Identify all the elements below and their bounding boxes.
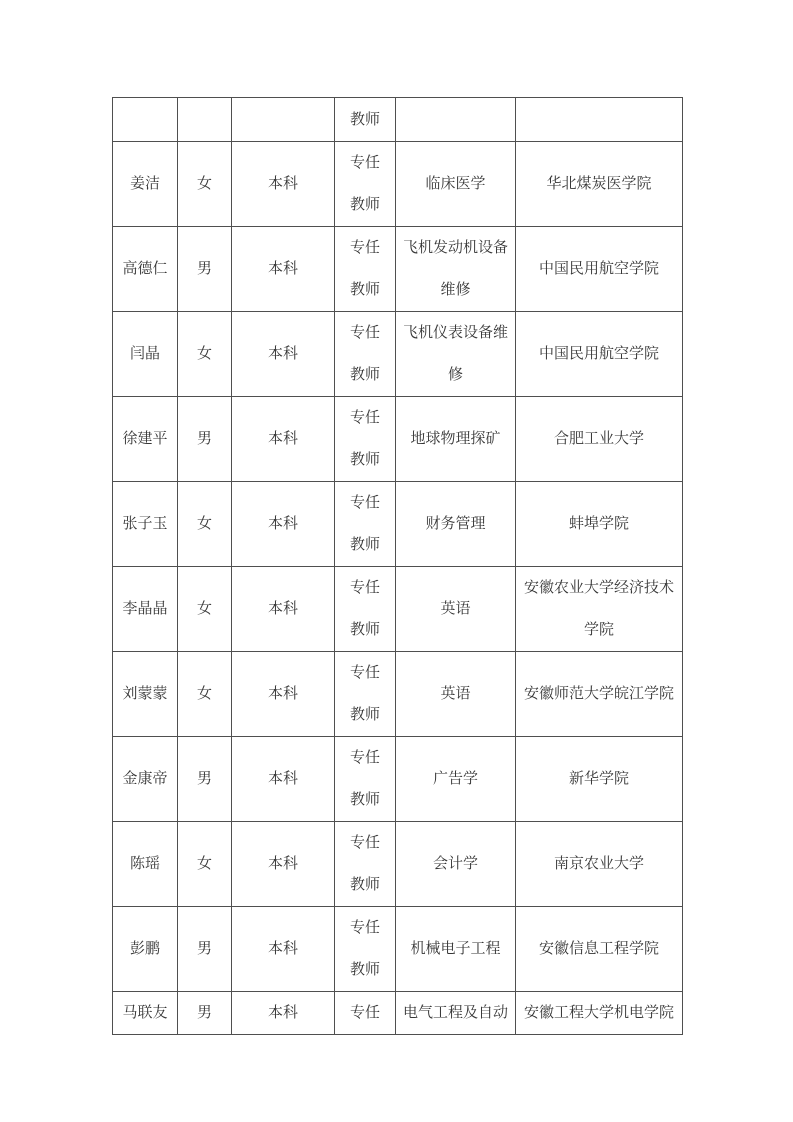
cell-education: 本科 — [232, 142, 335, 227]
cell-position: 专任 教师 — [335, 907, 396, 992]
cell-name: 姜洁 — [113, 142, 178, 227]
cell-education: 本科 — [232, 312, 335, 397]
cell-position: 专任 教师 — [335, 397, 396, 482]
cell-gender: 男 — [178, 737, 232, 822]
teacher-list-table: 教师 姜洁 女 本科 专任 教师 临床医学 华北煤炭医学院 高德仁 男 本科 专… — [112, 97, 683, 1035]
cell-gender: 女 — [178, 652, 232, 737]
table-row: 教师 — [113, 98, 683, 142]
cell-name: 陈瑶 — [113, 822, 178, 907]
document-page: 教师 姜洁 女 本科 专任 教师 临床医学 华北煤炭医学院 高德仁 男 本科 专… — [0, 0, 793, 1122]
table-row: 姜洁 女 本科 专任 教师 临床医学 华北煤炭医学院 — [113, 142, 683, 227]
cell-name: 李晶晶 — [113, 567, 178, 652]
cell-gender: 女 — [178, 142, 232, 227]
cell-name: 彭鹏 — [113, 907, 178, 992]
cell-gender: 男 — [178, 992, 232, 1035]
cell-education: 本科 — [232, 822, 335, 907]
cell-education: 本科 — [232, 567, 335, 652]
cell-position: 专任 教师 — [335, 737, 396, 822]
table-row: 彭鹏 男 本科 专任 教师 机械电子工程 安徽信息工程学院 — [113, 907, 683, 992]
cell-school: 安徽农业大学经济技术 学院 — [516, 567, 683, 652]
cell-position: 专任 教师 — [335, 482, 396, 567]
cell-education: 本科 — [232, 737, 335, 822]
cell-gender: 男 — [178, 907, 232, 992]
cell-major: 地球物理探矿 — [396, 397, 516, 482]
cell-major: 临床医学 — [396, 142, 516, 227]
cell-gender: 男 — [178, 397, 232, 482]
table-row: 高德仁 男 本科 专任 教师 飞机发动机设备 维修 中国民用航空学院 — [113, 227, 683, 312]
cell-gender: 女 — [178, 822, 232, 907]
table-row: 张子玉 女 本科 专任 教师 财务管理 蚌埠学院 — [113, 482, 683, 567]
cell-major: 飞机发动机设备 维修 — [396, 227, 516, 312]
table-row: 闫晶 女 本科 专任 教师 飞机仪表设备维 修 中国民用航空学院 — [113, 312, 683, 397]
cell-school: 安徽工程大学机电学院 — [516, 992, 683, 1035]
cell-gender: 女 — [178, 312, 232, 397]
table-row: 刘蒙蒙 女 本科 专任 教师 英语 安徽师范大学皖江学院 — [113, 652, 683, 737]
cell-school: 南京农业大学 — [516, 822, 683, 907]
table-row: 陈瑶 女 本科 专任 教师 会计学 南京农业大学 — [113, 822, 683, 907]
cell-school: 安徽信息工程学院 — [516, 907, 683, 992]
table-row: 徐建平 男 本科 专任 教师 地球物理探矿 合肥工业大学 — [113, 397, 683, 482]
cell-gender: 男 — [178, 227, 232, 312]
cell-name: 马联友 — [113, 992, 178, 1035]
cell-position: 教师 — [335, 98, 396, 142]
cell-major: 会计学 — [396, 822, 516, 907]
cell-position: 专任 — [335, 992, 396, 1035]
cell-position: 专任 教师 — [335, 227, 396, 312]
cell-education: 本科 — [232, 992, 335, 1035]
cell-name: 刘蒙蒙 — [113, 652, 178, 737]
cell-gender: 女 — [178, 567, 232, 652]
cell-school: 中国民用航空学院 — [516, 227, 683, 312]
cell-education: 本科 — [232, 652, 335, 737]
cell-position: 专任 教师 — [335, 312, 396, 397]
cell-name: 徐建平 — [113, 397, 178, 482]
cell-major: 飞机仪表设备维 修 — [396, 312, 516, 397]
cell-name: 金康帝 — [113, 737, 178, 822]
cell-major: 英语 — [396, 652, 516, 737]
cell-major: 财务管理 — [396, 482, 516, 567]
table-row: 李晶晶 女 本科 专任 教师 英语 安徽农业大学经济技术 学院 — [113, 567, 683, 652]
table-row: 马联友 男 本科 专任 电气工程及自动 安徽工程大学机电学院 — [113, 992, 683, 1035]
cell-school: 安徽师范大学皖江学院 — [516, 652, 683, 737]
cell-education: 本科 — [232, 227, 335, 312]
cell-major: 机械电子工程 — [396, 907, 516, 992]
cell-position: 专任 教师 — [335, 567, 396, 652]
cell-school: 合肥工业大学 — [516, 397, 683, 482]
cell-gender: 女 — [178, 482, 232, 567]
cell-education: 本科 — [232, 482, 335, 567]
cell-name: 张子玉 — [113, 482, 178, 567]
cell-major — [396, 98, 516, 142]
cell-school — [516, 98, 683, 142]
cell-gender — [178, 98, 232, 142]
cell-school: 华北煤炭医学院 — [516, 142, 683, 227]
cell-education: 本科 — [232, 397, 335, 482]
cell-school: 新华学院 — [516, 737, 683, 822]
table-row: 金康帝 男 本科 专任 教师 广告学 新华学院 — [113, 737, 683, 822]
cell-school: 蚌埠学院 — [516, 482, 683, 567]
cell-major: 英语 — [396, 567, 516, 652]
cell-school: 中国民用航空学院 — [516, 312, 683, 397]
cell-education: 本科 — [232, 907, 335, 992]
cell-position: 专任 教师 — [335, 142, 396, 227]
cell-name: 闫晶 — [113, 312, 178, 397]
cell-education — [232, 98, 335, 142]
cell-name: 高德仁 — [113, 227, 178, 312]
cell-position: 专任 教师 — [335, 822, 396, 907]
cell-position: 专任 教师 — [335, 652, 396, 737]
cell-major: 广告学 — [396, 737, 516, 822]
cell-name — [113, 98, 178, 142]
cell-major: 电气工程及自动 — [396, 992, 516, 1035]
